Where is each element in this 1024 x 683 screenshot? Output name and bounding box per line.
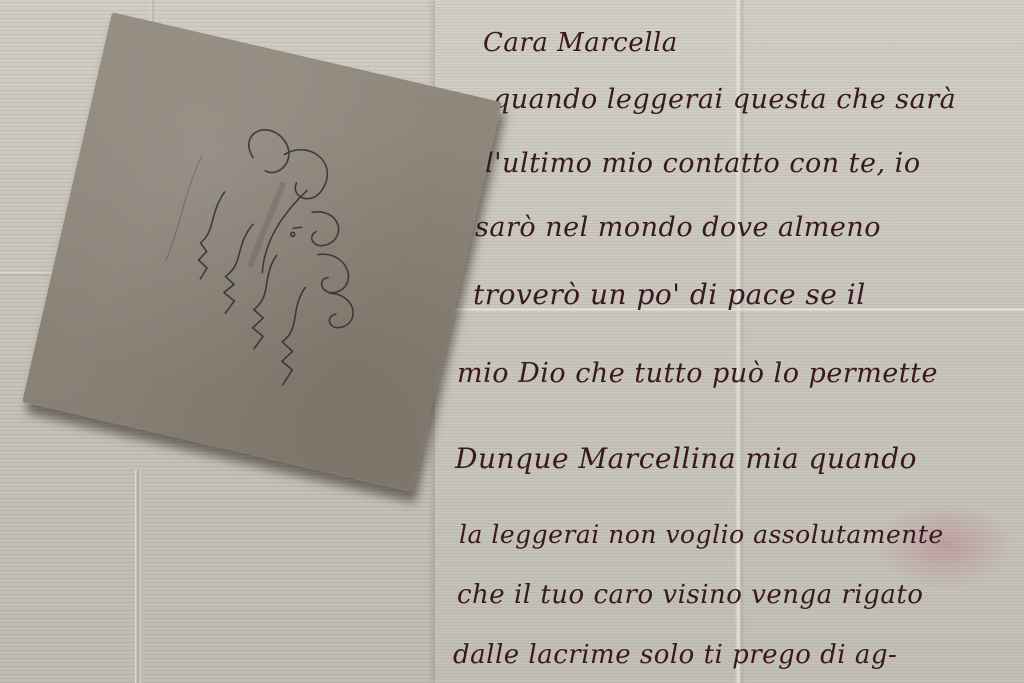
letter-line: sarò nel mondo dove almeno <box>475 212 881 243</box>
letter-line: dalle lacrime solo ti prego di ag- <box>453 640 897 670</box>
letter-line: quando leggerai questa che sarà <box>493 84 956 115</box>
letter-line: la leggerai non voglio assolutamente <box>459 520 944 549</box>
photo-scene: Cara Marcella quando leggerai questa che… <box>0 0 1024 683</box>
letter-line: troverò un po' di pace se il <box>473 278 866 311</box>
letter-line: che il tuo caro visino venga rigato <box>457 580 923 610</box>
letter-salutation: Cara Marcella <box>483 28 678 58</box>
letter-line: l'ultimo mio contatto con te, io <box>485 148 921 179</box>
paper-fold <box>135 470 141 683</box>
handwritten-letter: Cara Marcella quando leggerai questa che… <box>435 0 1024 683</box>
letter-line: mio Dio che tutto può lo permette <box>457 358 938 389</box>
letter-line: Dunque Marcellina mia quando <box>455 442 917 475</box>
